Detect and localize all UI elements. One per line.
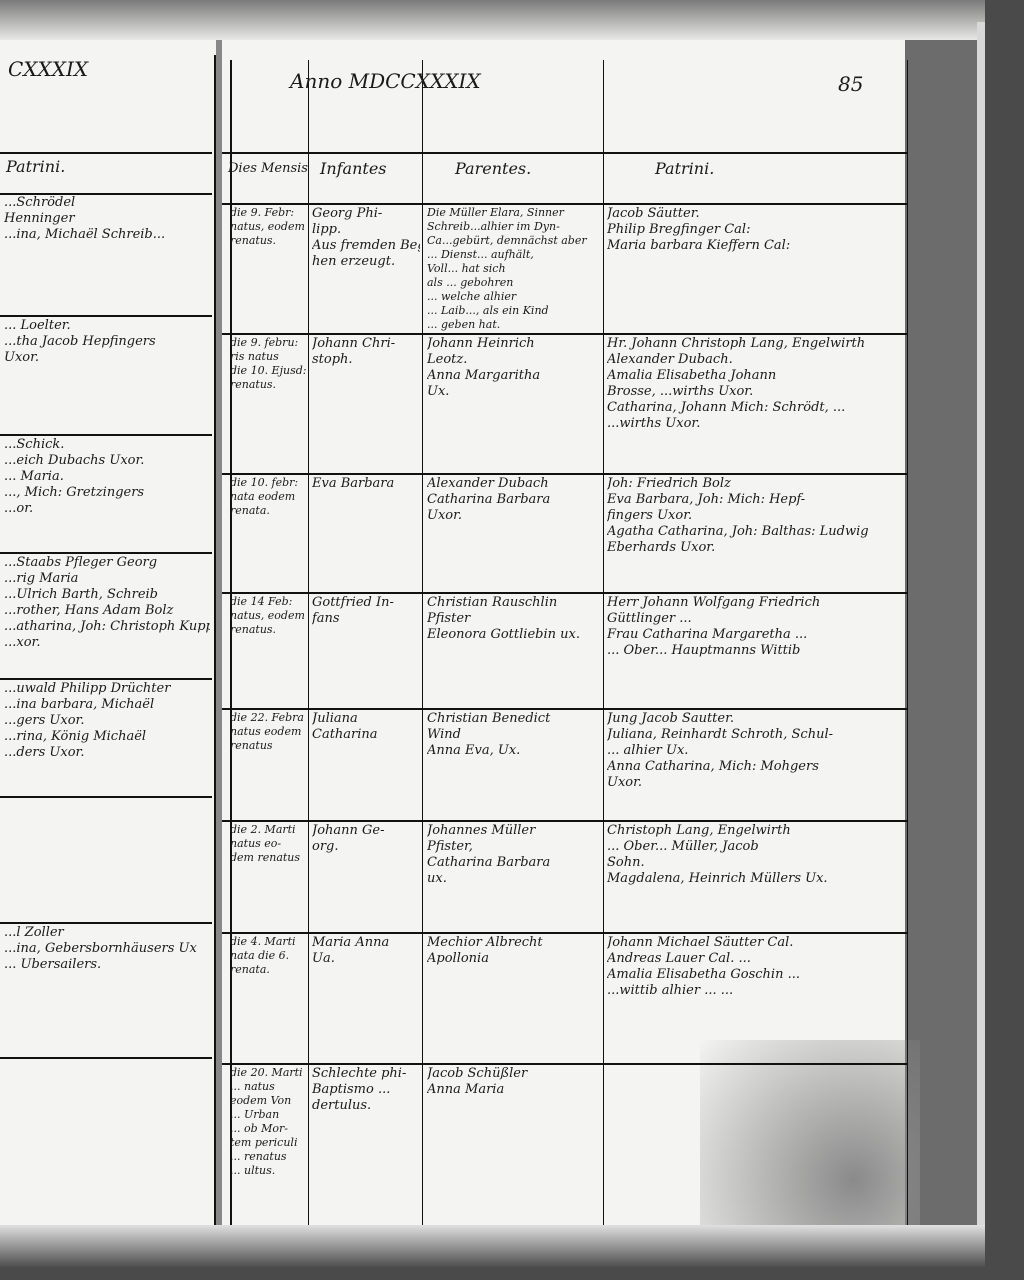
page-number: 85 bbox=[838, 75, 863, 93]
handwritten-line: Catharina Barbara bbox=[427, 492, 601, 508]
handwritten-line: ...Schick. bbox=[4, 437, 210, 453]
handwritten-line: Anna Margaritha bbox=[427, 368, 601, 384]
handwritten-line: Johann Michael Säutter Cal. bbox=[607, 935, 905, 951]
handwritten-line: Joh: Friedrich Bolz bbox=[607, 476, 905, 492]
handwritten-line: natus, eodem bbox=[230, 220, 308, 234]
handwritten-line: ... renatus bbox=[230, 1150, 308, 1164]
patrini-cell: Herr Johann Wolfgang FriedrichGüttlinger… bbox=[607, 595, 905, 659]
handwritten-line: ... Ober... Hauptmanns Wittib bbox=[607, 643, 905, 659]
handwritten-line: ...rig Maria bbox=[4, 571, 210, 587]
handwritten-line: Mechior Albrecht bbox=[427, 935, 601, 951]
handwritten-line: Christian Benedict bbox=[427, 711, 601, 727]
left-patrini-cell: ...l Zoller...ina, Gebersbornhäusers Ux.… bbox=[4, 925, 210, 973]
dies-mensis-cell: die 14 Feb:natus, eodemrenatus. bbox=[230, 595, 308, 637]
parentes-cell: Die Müller Elara, SinnerSchreib...alhier… bbox=[427, 206, 601, 332]
header-infantes: Infantes bbox=[320, 160, 387, 178]
handwritten-line: natus, eodem bbox=[230, 609, 308, 623]
handwritten-line: fingers Uxor. bbox=[607, 508, 905, 524]
handwritten-line: Eva Barbara, Joh: Mich: Hepf- bbox=[607, 492, 905, 508]
handwritten-line: Jacob Schüßler bbox=[427, 1066, 601, 1082]
handwritten-line: Jacob Säutter. bbox=[607, 206, 905, 222]
rule-left-3 bbox=[0, 434, 212, 436]
scan-shadow-top bbox=[0, 0, 985, 40]
dies-mensis-cell: die 2. Martinatus eo-dem renatus bbox=[230, 823, 308, 865]
infans-cell: Maria AnnaUa. bbox=[312, 935, 420, 967]
handwritten-line: ...eich Dubachs Uxor. bbox=[4, 453, 210, 469]
handwritten-line: nata eodem bbox=[230, 490, 308, 504]
left-patrini-cell: ...uwald Philipp Drüchter...ina barbara,… bbox=[4, 681, 210, 761]
handwritten-line: ... welche alhier bbox=[427, 290, 601, 304]
handwritten-line: renatus. bbox=[230, 378, 308, 392]
handwritten-line: Christoph Lang, Engelwirth bbox=[607, 823, 905, 839]
handwritten-line: ...wirths Uxor. bbox=[607, 416, 905, 432]
patrini-cell: Christoph Lang, Engelwirth... Ober... Mü… bbox=[607, 823, 905, 887]
handwritten-line: ...ina, Michaël Schreib... bbox=[4, 227, 210, 243]
handwritten-line: ... ob Mor- bbox=[230, 1122, 308, 1136]
handwritten-line: Sohn. bbox=[607, 855, 905, 871]
patrini-cell: Jacob Säutter.Philip Bregfinger Cal:Mari… bbox=[607, 206, 905, 254]
handwritten-line: Aus fremden Bege- bbox=[312, 238, 420, 254]
parentes-cell: Christian BenedictWindAnna Eva, Ux. bbox=[427, 711, 601, 759]
rule-right bbox=[907, 60, 908, 1230]
handwritten-line: ... Ober... Müller, Jacob bbox=[607, 839, 905, 855]
rule-row-8 bbox=[222, 1063, 907, 1065]
rule-left-7 bbox=[0, 922, 212, 924]
handwritten-line: ...Ulrich Barth, Schreib bbox=[4, 587, 210, 603]
handwritten-line: die 14 Feb: bbox=[230, 595, 308, 609]
handwritten-line: Alexander Dubach. bbox=[607, 352, 905, 368]
handwritten-line: ... Maria. bbox=[4, 469, 210, 485]
handwritten-line: hen erzeugt. bbox=[312, 254, 420, 270]
handwritten-line: ... ultus. bbox=[230, 1164, 308, 1178]
handwritten-line: Juliana, Reinhardt Schroth, Schul- bbox=[607, 727, 905, 743]
handwritten-line: renata. bbox=[230, 963, 308, 977]
rule-row-1 bbox=[222, 203, 907, 205]
handwritten-line: Johann Ge- bbox=[312, 823, 420, 839]
page-gutter bbox=[216, 40, 222, 1240]
patrini-cell: Johann Michael Säutter Cal.Andreas Lauer… bbox=[607, 935, 905, 999]
infans-cell: Eva Barbara bbox=[312, 476, 420, 492]
patrini-cell: Hr. Johann Christoph Lang, EngelwirthAle… bbox=[607, 336, 905, 432]
page-edge bbox=[977, 22, 985, 1242]
handwritten-line: die 10. Ejusd: bbox=[230, 364, 308, 378]
infans-cell: Johann Chri-stoph. bbox=[312, 336, 420, 368]
handwritten-line: Die Müller Elara, Sinner bbox=[427, 206, 601, 220]
handwritten-line: ...rina, König Michaël bbox=[4, 729, 210, 745]
handwritten-line: ...ina barbara, Michaël bbox=[4, 697, 210, 713]
handwritten-line: Juliana bbox=[312, 711, 420, 727]
handwritten-line: Anna Eva, Ux. bbox=[427, 743, 601, 759]
infans-cell: Gottfried In-fans bbox=[312, 595, 420, 627]
handwritten-line: ...xor. bbox=[4, 635, 210, 651]
handwritten-line: renata. bbox=[230, 504, 308, 518]
handwritten-line: ... Laib..., als ein Kind bbox=[427, 304, 601, 318]
left-patrini-cell: ...SchrödelHenninger...ina, Michaël Schr… bbox=[4, 195, 210, 243]
handwritten-line: Georg Phi- bbox=[312, 206, 420, 222]
parentes-cell: Jacob SchüßlerAnna Maria bbox=[427, 1066, 601, 1098]
handwritten-line: die 10. febr: bbox=[230, 476, 308, 490]
patrini-cell: Jung Jacob Sautter.Juliana, Reinhardt Sc… bbox=[607, 711, 905, 791]
rule-row-6 bbox=[222, 820, 907, 822]
rule-left-8 bbox=[0, 1057, 212, 1059]
handwritten-line: Eva Barbara bbox=[312, 476, 420, 492]
handwritten-line: Christian Rauschlin bbox=[427, 595, 601, 611]
handwritten-line: org. bbox=[312, 839, 420, 855]
infans-cell: Georg Phi-lipp.Aus fremden Bege-hen erze… bbox=[312, 206, 420, 270]
rule-hdr bbox=[222, 152, 907, 154]
rule-left-2 bbox=[0, 315, 212, 317]
handwritten-line: Anna Maria bbox=[427, 1082, 601, 1098]
handwritten-line: ...ders Uxor. bbox=[4, 745, 210, 761]
rule-left-5 bbox=[0, 678, 212, 680]
handwritten-line: als ... gebohren bbox=[427, 276, 601, 290]
handwritten-line: die 9. Febr: bbox=[230, 206, 308, 220]
rule-left-4 bbox=[0, 552, 212, 554]
handwritten-line: ... Dienst... aufhält, bbox=[427, 248, 601, 262]
handwritten-line: Uxor. bbox=[607, 775, 905, 791]
handwritten-line: Amalia Elisabetha Johann bbox=[607, 368, 905, 384]
handwritten-line: Magdalena, Heinrich Müllers Ux. bbox=[607, 871, 905, 887]
infans-cell: Schlechte phi-Baptismo ... dertulus. bbox=[312, 1066, 420, 1114]
handwritten-line: ...tha Jacob Hepfingers bbox=[4, 334, 210, 350]
year-header: Anno MDCCXXXIX bbox=[290, 72, 481, 90]
water-stain bbox=[700, 1040, 920, 1240]
handwritten-line: Güttlinger ... bbox=[607, 611, 905, 627]
handwritten-line: die 20. Marti bbox=[230, 1066, 308, 1080]
handwritten-line: Leotz. bbox=[427, 352, 601, 368]
left-page-header: CXXXIX bbox=[8, 60, 88, 78]
rule-row-7 bbox=[222, 932, 907, 934]
parentes-cell: Johannes MüllerPfister,Catharina Barbara… bbox=[427, 823, 601, 887]
rule-left-6 bbox=[0, 796, 212, 798]
handwritten-line: Baptismo ... bbox=[312, 1082, 420, 1098]
handwritten-line: Maria Anna bbox=[312, 935, 420, 951]
handwritten-line: ... alhier Ux. bbox=[607, 743, 905, 759]
handwritten-line: fans bbox=[312, 611, 420, 627]
parentes-cell: Christian RauschlinPfisterEleonora Gottl… bbox=[427, 595, 601, 643]
handwritten-line: Schlechte phi- bbox=[312, 1066, 420, 1082]
handwritten-line: ... geben hat. bbox=[427, 318, 601, 332]
handwritten-line: renatus. bbox=[230, 234, 308, 248]
handwritten-line: Ux. bbox=[427, 384, 601, 400]
handwritten-line: ... natus bbox=[230, 1080, 308, 1094]
header-dies-mensis: Dies Mensis bbox=[228, 160, 308, 178]
handwritten-line: Ua. bbox=[312, 951, 420, 967]
left-patrini-cell: ... Loelter....tha Jacob HepfingersUxor. bbox=[4, 318, 210, 366]
parentes-cell: Alexander DubachCatharina BarbaraUxor. bbox=[427, 476, 601, 524]
handwritten-line: Eleonora Gottliebin ux. bbox=[427, 627, 601, 643]
handwritten-line: natus eo- bbox=[230, 837, 308, 851]
dies-mensis-cell: die 20. Marti... natuseodem Von... Urban… bbox=[230, 1066, 308, 1178]
handwritten-line: ...rother, Hans Adam Bolz bbox=[4, 603, 210, 619]
handwritten-line: Hr. Johann Christoph Lang, Engelwirth bbox=[607, 336, 905, 352]
dies-mensis-cell: die 9. Febr:natus, eodemrenatus. bbox=[230, 206, 308, 248]
handwritten-line: Philip Bregfinger Cal: bbox=[607, 222, 905, 238]
handwritten-line: Andreas Lauer Cal. ... bbox=[607, 951, 905, 967]
handwritten-line: die 22. Febra bbox=[230, 711, 308, 725]
handwritten-line: ... Loelter. bbox=[4, 318, 210, 334]
handwritten-line: Ca...gebürt, demnächst aber bbox=[427, 234, 601, 248]
handwritten-line: ...l Zoller bbox=[4, 925, 210, 941]
infans-cell: JulianaCatharina bbox=[312, 711, 420, 743]
handwritten-line: Maria barbara Kieffern Cal: bbox=[607, 238, 905, 254]
handwritten-line: Uxor. bbox=[427, 508, 601, 524]
handwritten-line: dertulus. bbox=[312, 1098, 420, 1114]
handwritten-line: tem periculi bbox=[230, 1136, 308, 1150]
handwritten-line: Brosse, ...wirths Uxor. bbox=[607, 384, 905, 400]
handwritten-line: stoph. bbox=[312, 352, 420, 368]
rule-row-4 bbox=[222, 592, 907, 594]
parentes-cell: Johann HeinrichLeotz.Anna MargarithaUx. bbox=[427, 336, 601, 400]
handwritten-line: Wind bbox=[427, 727, 601, 743]
handwritten-line: nata die 6. bbox=[230, 949, 308, 963]
handwritten-line: Frau Catharina Margaretha ... bbox=[607, 627, 905, 643]
handwritten-line: Amalia Elisabetha Goschin ... bbox=[607, 967, 905, 983]
parentes-cell: Mechior AlbrechtApollonia bbox=[427, 935, 601, 967]
rule-left-hdr bbox=[0, 152, 212, 154]
handwritten-line: dem renatus bbox=[230, 851, 308, 865]
handwritten-line: Catharina bbox=[312, 727, 420, 743]
dies-mensis-cell: die 4. Martinata die 6.renata. bbox=[230, 935, 308, 977]
handwritten-line: natus eodem bbox=[230, 725, 308, 739]
handwritten-line: ...wittib alhier ... ... bbox=[607, 983, 905, 999]
handwritten-line: Apollonia bbox=[427, 951, 601, 967]
infans-cell: Johann Ge-org. bbox=[312, 823, 420, 855]
handwritten-line: Anna Catharina, Mich: Mohgers bbox=[607, 759, 905, 775]
handwritten-line: Catharina Barbara bbox=[427, 855, 601, 871]
rule-col-infantes bbox=[308, 60, 309, 1230]
handwritten-line: Johannes Müller bbox=[427, 823, 601, 839]
handwritten-line: ux. bbox=[427, 871, 601, 887]
rule-col-patrini bbox=[603, 60, 604, 1230]
handwritten-line: Alexander Dubach bbox=[427, 476, 601, 492]
handwritten-line: Herr Johann Wolfgang Friedrich bbox=[607, 595, 905, 611]
rule-left-page-edge bbox=[214, 55, 216, 1225]
dies-mensis-cell: die 22. Febranatus eodemrenatus bbox=[230, 711, 308, 753]
handwritten-line: ..., Mich: Gretzingers bbox=[4, 485, 210, 501]
header-patrini: Patrini. bbox=[655, 160, 714, 178]
handwritten-line: lipp. bbox=[312, 222, 420, 238]
handwritten-line: ...Schrödel bbox=[4, 195, 210, 211]
handwritten-line: Uxor. bbox=[4, 350, 210, 366]
handwritten-line: die 2. Marti bbox=[230, 823, 308, 837]
handwritten-line: ...ina, Gebersbornhäusers Ux bbox=[4, 941, 210, 957]
handwritten-line: Gottfried In- bbox=[312, 595, 420, 611]
handwritten-line: renatus bbox=[230, 739, 308, 753]
handwritten-line: die 9. febru: bbox=[230, 336, 308, 350]
handwritten-line: die 4. Marti bbox=[230, 935, 308, 949]
patrini-cell: Joh: Friedrich BolzEva Barbara, Joh: Mic… bbox=[607, 476, 905, 556]
rule-row-3 bbox=[222, 473, 907, 475]
handwritten-line: Schreib...alhier im Dyn- bbox=[427, 220, 601, 234]
handwritten-line: ...or. bbox=[4, 501, 210, 517]
handwritten-line: eodem Von bbox=[230, 1094, 308, 1108]
handwritten-line: ... Ubersailers. bbox=[4, 957, 210, 973]
handwritten-line: Johann Heinrich bbox=[427, 336, 601, 352]
dies-mensis-cell: die 9. febru:ris natusdie 10. Ejusd:rena… bbox=[230, 336, 308, 392]
header-left-patrini: Patrini. bbox=[6, 158, 65, 176]
handwritten-line: Pfister, bbox=[427, 839, 601, 855]
handwritten-line: ...Staabs Pfleger Georg bbox=[4, 555, 210, 571]
rule-col-parentes bbox=[422, 60, 423, 1230]
handwritten-line: Pfister bbox=[427, 611, 601, 627]
handwritten-line: Henninger bbox=[4, 211, 210, 227]
handwritten-line: Agatha Catharina, Joh: Balthas: Ludwig bbox=[607, 524, 905, 540]
handwritten-line: ... Urban bbox=[230, 1108, 308, 1122]
scan-shadow-bottom bbox=[0, 1225, 985, 1267]
dies-mensis-cell: die 10. febr:nata eodemrenata. bbox=[230, 476, 308, 518]
handwritten-line: Johann Chri- bbox=[312, 336, 420, 352]
handwritten-line: ...gers Uxor. bbox=[4, 713, 210, 729]
left-patrini-cell: ...Schick....eich Dubachs Uxor.... Maria… bbox=[4, 437, 210, 517]
left-patrini-cell: ...Staabs Pfleger Georg...rig Maria...Ul… bbox=[4, 555, 210, 651]
handwritten-line: renatus. bbox=[230, 623, 308, 637]
handwritten-line: ...uwald Philipp Drüchter bbox=[4, 681, 210, 697]
handwritten-line: ris natus bbox=[230, 350, 308, 364]
rule-row-5 bbox=[222, 708, 907, 710]
rule-row-2 bbox=[222, 333, 907, 335]
header-parentes: Parentes. bbox=[455, 160, 531, 178]
handwritten-line: Eberhards Uxor. bbox=[607, 540, 905, 556]
handwritten-line: ...atharina, Joh: Christoph Kupp... bbox=[4, 619, 210, 635]
handwritten-line: Jung Jacob Sautter. bbox=[607, 711, 905, 727]
handwritten-line: Catharina, Johann Mich: Schrödt, ... bbox=[607, 400, 905, 416]
handwritten-line: Voll... hat sich bbox=[427, 262, 601, 276]
